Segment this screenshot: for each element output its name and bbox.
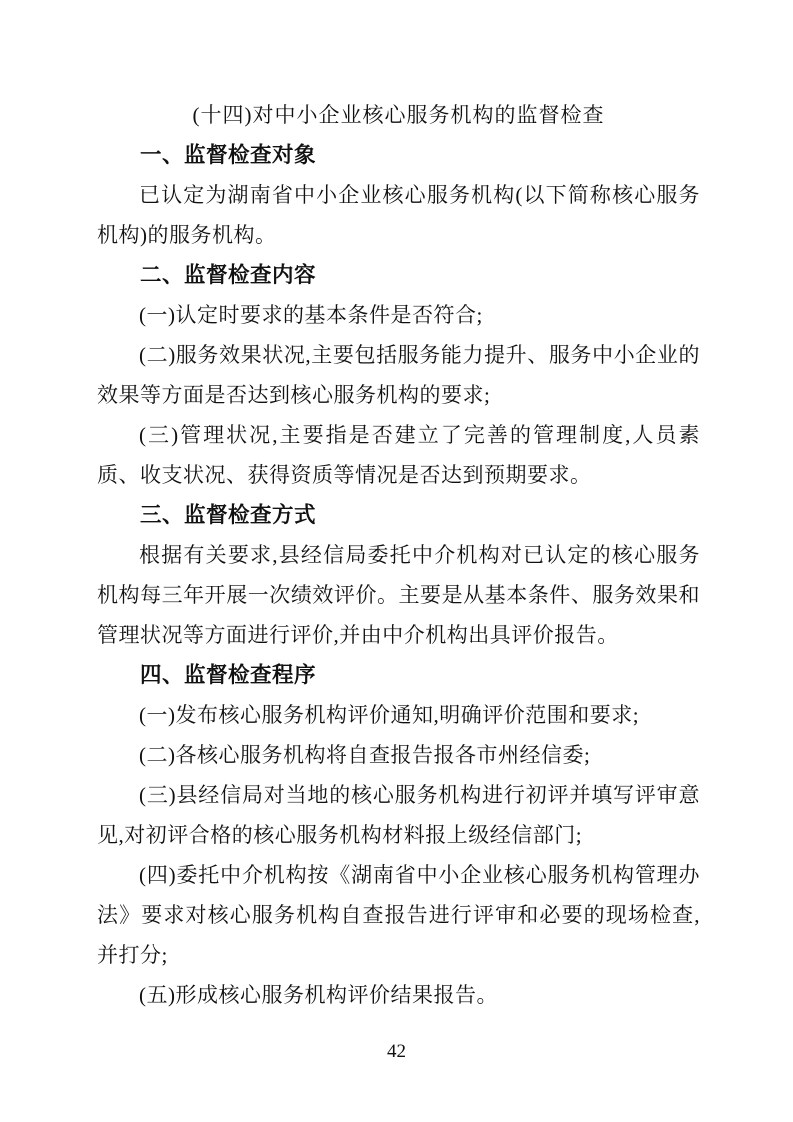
document-title: (十四)对中小企业核心服务机构的监督检查	[97, 95, 700, 135]
paragraph: (三)管理状况,主要指是否建立了完善的管理制度,人员素质、收支状况、获得资质等情…	[97, 415, 700, 495]
section-heading-inspection-targets: 一、监督检查对象	[97, 135, 700, 175]
document-page: (十四)对中小企业核心服务机构的监督检查 一、监督检查对象 已认定为湖南省中小企…	[0, 0, 793, 1122]
paragraph: (三)县经信局对当地的核心服务机构进行初评并填写评审意见,对初评合格的核心服务机…	[97, 775, 700, 855]
section-heading-inspection-content: 二、监督检查内容	[97, 255, 700, 295]
paragraph: 根据有关要求,县经信局委托中介机构对已认定的核心服务机构每三年开展一次绩效评价。…	[97, 535, 700, 655]
paragraph: 已认定为湖南省中小企业核心服务机构(以下简称核心服务机构)的服务机构。	[97, 175, 700, 255]
section-heading-inspection-method: 三、监督检查方式	[97, 495, 700, 535]
paragraph: (一)认定时要求的基本条件是否符合;	[97, 295, 700, 335]
paragraph: (一)发布核心服务机构评价通知,明确评价范围和要求;	[97, 695, 700, 735]
paragraph: (五)形成核心服务机构评价结果报告。	[97, 975, 700, 1015]
paragraph: (四)委托中介机构按《湖南省中小企业核心服务机构管理办法》要求对核心服务机构自查…	[97, 855, 700, 975]
page-number: 42	[0, 1040, 793, 1064]
section-heading-inspection-procedure: 四、监督检查程序	[97, 655, 700, 695]
paragraph: (二)服务效果状况,主要包括服务能力提升、服务中小企业的效果等方面是否达到核心服…	[97, 335, 700, 415]
paragraph: (二)各核心服务机构将自查报告报各市州经信委;	[97, 735, 700, 775]
